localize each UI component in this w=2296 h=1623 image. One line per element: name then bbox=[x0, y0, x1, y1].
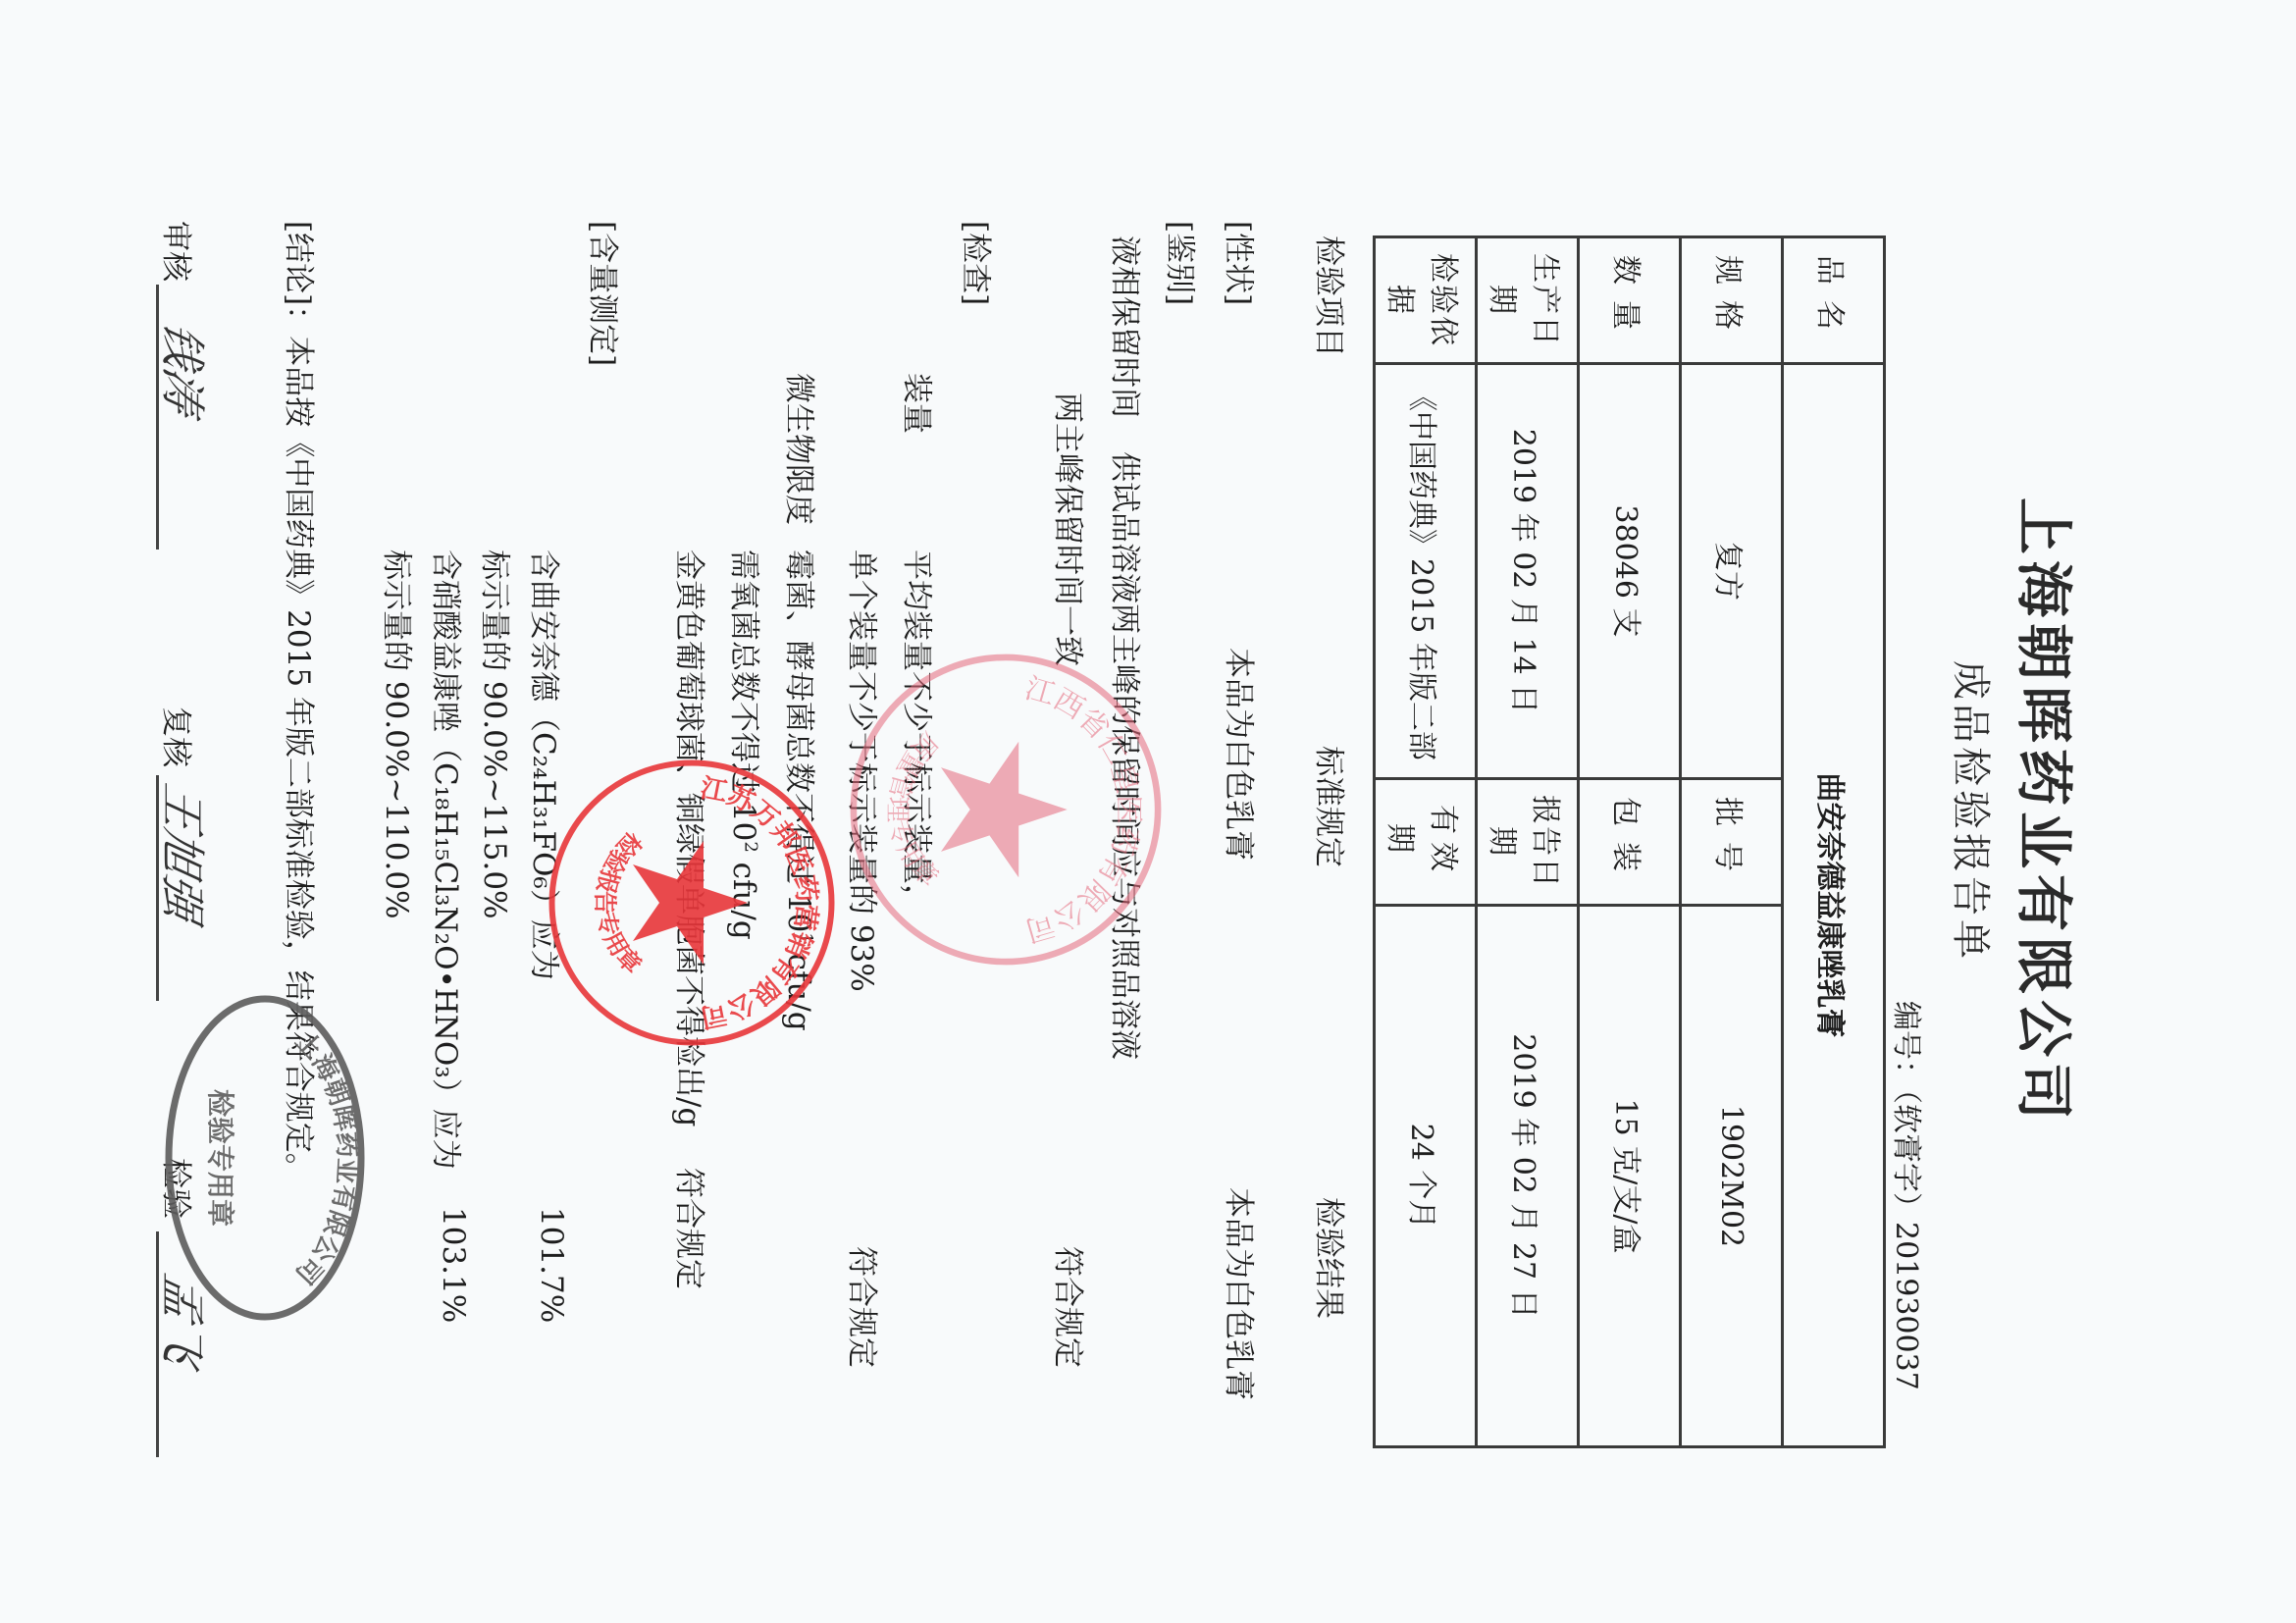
identification-result: 符合规定 bbox=[1049, 1246, 1093, 1368]
microbial-standard-line2: 需氧菌总数不得过 102 cfu/g bbox=[725, 550, 769, 940]
report-date-value: 2019 年 02 月 27 日 bbox=[1477, 906, 1579, 1447]
product-name-value: 曲安奈德益康唑乳膏 bbox=[1783, 364, 1885, 1447]
spec-value: 复方 bbox=[1681, 364, 1783, 779]
microbial-result: 符合规定 bbox=[670, 1168, 714, 1289]
quantity-value: 38046 支 bbox=[1579, 364, 1681, 779]
assay-heading: [含量测定] bbox=[584, 221, 628, 366]
appearance-heading: [性状] bbox=[1220, 221, 1264, 305]
assay2-standard-line1: 含硝酸益康唑（C₁₈H₁₅Cl₃N₂O•HNO₃）应为 bbox=[427, 550, 471, 1170]
report-date-label: 报告日期 bbox=[1477, 779, 1579, 906]
batch-label: 批号 bbox=[1681, 779, 1783, 906]
table-row: 检验依据 《中国药典》2015 年版二部 有效期 24 个月 bbox=[1375, 237, 1477, 1447]
batch-value: 1902M02 bbox=[1681, 906, 1783, 1447]
appearance-standard: 本品为白色乳膏 bbox=[1220, 648, 1264, 861]
package-label: 包装 bbox=[1579, 779, 1681, 906]
reviewer-signature: 钱涛 bbox=[153, 317, 218, 421]
assay1-standard-line2: 标示量的 90.0%~115.0% bbox=[476, 550, 520, 919]
inspection-heading: [检查] bbox=[957, 221, 1001, 305]
svg-text:检验专用章: 检验专用章 bbox=[204, 1089, 236, 1227]
microbial-standard-line1: 霉菌、酵母菌总数不得过 101 cfu/g bbox=[780, 550, 824, 1031]
spec-label: 规格 bbox=[1681, 237, 1783, 364]
assay2-standard-line2: 标示量的 90.0%~110.0% bbox=[378, 550, 422, 919]
mfg-date-label: 生产日期 bbox=[1477, 237, 1579, 364]
table-row: 生产日期 2019 年 02 月 14 日 报告日期 2019 年 02 月 2… bbox=[1477, 237, 1579, 1447]
assay1-result: 101.7% bbox=[534, 1207, 569, 1323]
identification-heading: [鉴别] bbox=[1161, 221, 1205, 305]
microbial-standard-line3: 金黄色葡萄球菌、铜绿假单胞菌不得检出/g bbox=[670, 550, 714, 1126]
table-row: 品名 曲安奈德益康唑乳膏 bbox=[1783, 237, 1885, 1447]
identification-item: 液相保留时间 bbox=[1106, 236, 1150, 418]
basis-value: 《中国药典》2015 年版二部 bbox=[1375, 364, 1477, 779]
assay2-result: 103.1% bbox=[436, 1207, 471, 1323]
package-value: 15 克/支/盒 bbox=[1579, 906, 1681, 1447]
checker-label: 复核 bbox=[157, 707, 201, 767]
microbial-item: 微生物限度 bbox=[780, 373, 824, 525]
fill-standard-line1: 平均装量不少于标示装量， bbox=[898, 550, 942, 915]
fill-standard-line2: 单个装量不少于标示装量的 93% bbox=[843, 550, 887, 992]
validity-value: 24 个月 bbox=[1375, 906, 1477, 1447]
identification-standard-line2: 两主峰保留时间一致 bbox=[1049, 393, 1093, 666]
fill-item: 装量 bbox=[898, 373, 942, 434]
document-number: 编号：（软膏字）201930037 bbox=[1888, 1001, 1931, 1390]
column-header-result: 检验结果 bbox=[1310, 1197, 1354, 1319]
inspector-label: 检验 bbox=[157, 1158, 201, 1219]
product-name-label: 品名 bbox=[1783, 237, 1885, 364]
company-name: 上海朝晖药业有限公司 bbox=[2008, 0, 2090, 1623]
svg-text:检验报告专用章: 检验报告专用章 bbox=[591, 826, 647, 979]
column-header-standard: 标准规定 bbox=[1310, 746, 1354, 867]
inspector-signature: 孟飞 bbox=[153, 1269, 218, 1373]
quantity-label: 数量 bbox=[1579, 237, 1681, 364]
product-info-table: 品名 曲安奈德益康唑乳膏 规格 复方 批号 1902M02 数量 38046 支… bbox=[1373, 236, 1886, 1448]
mfg-date-value: 2019 年 02 月 14 日 bbox=[1477, 364, 1579, 779]
conclusion-text: [结论]：本品按《中国药典》2015 年版二部标准检验，结果符合规定。 bbox=[280, 221, 324, 1183]
inspection-report-page: 上海朝晖药业有限公司 成品检验报告单 编号：（软膏字）201930037 品名 … bbox=[0, 0, 2296, 1623]
basis-label: 检验依据 bbox=[1375, 237, 1477, 364]
table-row: 规格 复方 批号 1902M02 bbox=[1681, 237, 1783, 1447]
checker-signature: 王旭强 bbox=[153, 778, 218, 927]
appearance-result: 本品为白色乳膏 bbox=[1220, 1187, 1264, 1400]
fill-result: 符合规定 bbox=[843, 1246, 887, 1368]
table-row: 数量 38046 支 包装 15 克/支/盒 bbox=[1579, 237, 1681, 1447]
assay1-standard-line1: 含曲安奈德（C₂₄H₃₁FO₆）应为 bbox=[525, 550, 569, 980]
report-title: 成品检验报告单 bbox=[1946, 0, 2002, 1623]
identification-standard-line1: 供试品溶液两主峰的保留时间应与对照品溶液 bbox=[1106, 451, 1150, 1060]
column-header-item: 检验项目 bbox=[1310, 236, 1354, 357]
validity-label: 有效期 bbox=[1375, 779, 1477, 906]
reviewer-label: 审核 bbox=[157, 221, 201, 282]
